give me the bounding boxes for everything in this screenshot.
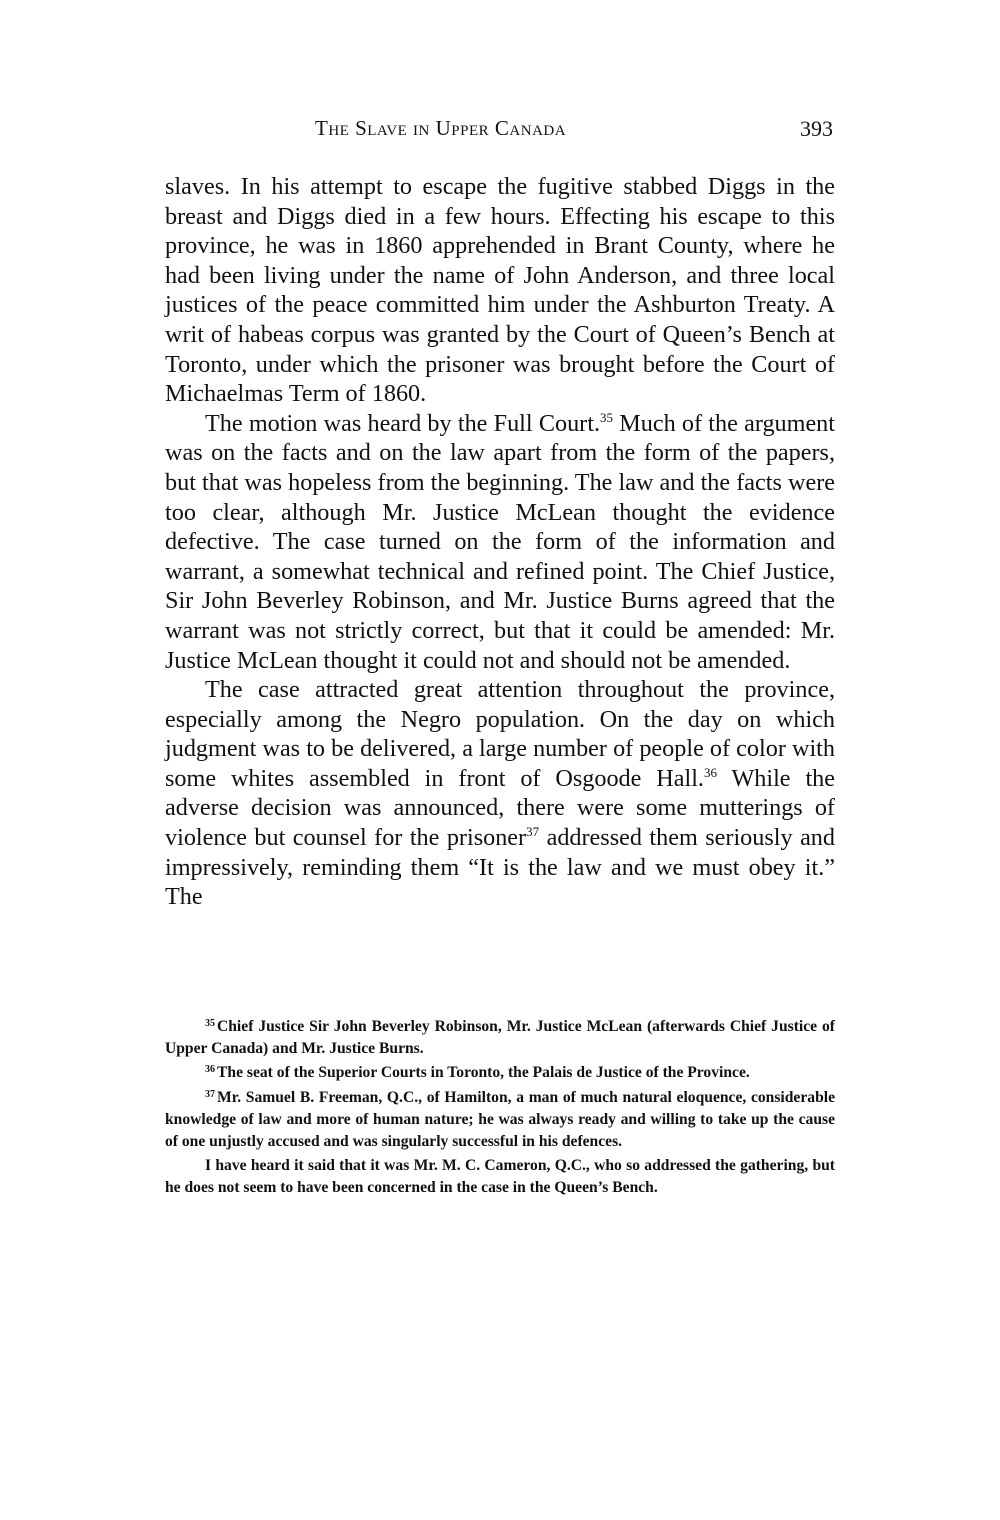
paragraph: The case attracted great attention throu… — [165, 675, 835, 912]
footnote-text: Mr. Samuel B. Freeman, Q.C., of Hamilton… — [165, 1089, 835, 1150]
footnote-mark: 35 — [205, 1018, 215, 1029]
footnote: 37Mr. Samuel B. Freeman, Q.C., of Hamilt… — [165, 1087, 835, 1154]
paragraph-text: Much of the argument was on the facts an… — [165, 410, 835, 674]
paragraph: The motion was heard by the Full Court.3… — [165, 409, 835, 675]
footnote-reference: 37 — [526, 824, 539, 839]
footnote-continuation: I have heard it said that it was Mr. M. … — [165, 1155, 835, 1199]
footnotes: 35Chief Justice Sir John Beverley Robins… — [165, 1016, 835, 1202]
paragraph-text: slaves. In his attempt to escape the fug… — [165, 173, 835, 407]
running-title: The Slave in Upper Canada — [315, 116, 566, 141]
page-number: 393 — [800, 116, 833, 142]
footnote-reference: 35 — [600, 410, 613, 425]
footnote-text: The seat of the Superior Courts in Toron… — [217, 1064, 750, 1081]
book-page: The Slave in Upper Canada 393 slaves. In… — [0, 0, 1000, 1520]
body-text: slaves. In his attempt to escape the fug… — [165, 172, 835, 912]
footnote-text: I have heard it said that it was Mr. M. … — [165, 1157, 835, 1196]
footnote-reference: 36 — [704, 765, 717, 780]
footnote-mark: 37 — [205, 1089, 215, 1100]
paragraph-text: The motion was heard by the Full Court. — [205, 410, 600, 437]
footnote: 35Chief Justice Sir John Beverley Robins… — [165, 1016, 835, 1060]
footnote: 36The seat of the Superior Courts in Tor… — [165, 1062, 835, 1084]
footnote-text: Chief Justice Sir John Beverley Robinson… — [165, 1018, 835, 1057]
page-header: The Slave in Upper Canada 393 — [165, 116, 833, 150]
footnote-mark: 36 — [205, 1064, 215, 1075]
paragraph: slaves. In his attempt to escape the fug… — [165, 172, 835, 409]
